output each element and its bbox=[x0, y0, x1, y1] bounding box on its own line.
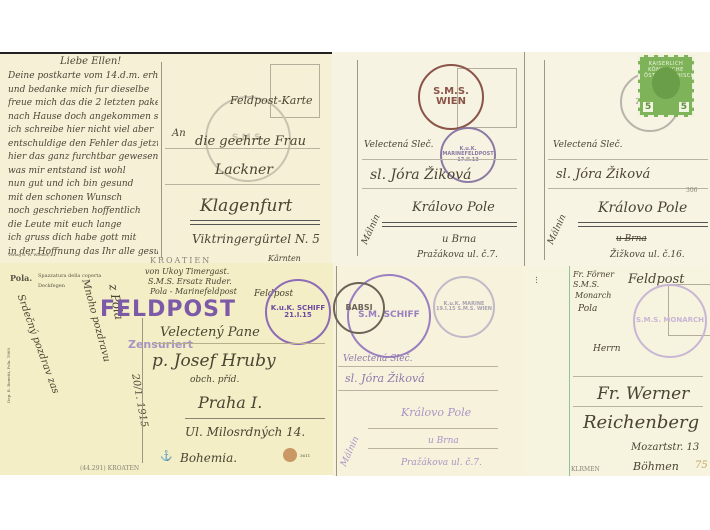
side-text: ... bbox=[534, 276, 543, 284]
postcard-1: Liebe Ellen! Deine postkarte vom 14.d.m.… bbox=[0, 52, 332, 263]
postmark-schiff: K.u.K. SCHIFF 21.I.15 bbox=[265, 279, 331, 345]
anchor-emblem-icon: ⚓ bbox=[160, 451, 172, 462]
printer-line: Verlag d. W. Wiesler, ... bbox=[8, 252, 55, 257]
postage-stamp: KAISERLICH KÖNIGLICHE ÖSTERREICHISCHE PO… bbox=[638, 55, 694, 117]
postcard-3: ZENTA KAISERLICH KÖNIGLICHE ÖSTERREICHIS… bbox=[528, 52, 710, 266]
postmark-monarch: S.M.S. MONARCH bbox=[633, 284, 707, 358]
postcard-2: S.M.S. WIEN K.u.K. MARINEFELDPOST 17.II.… bbox=[332, 52, 528, 266]
greeting: Liebe Ellen! bbox=[60, 56, 121, 67]
divider bbox=[161, 62, 162, 258]
postcard-6: ... Fr. Förner S.M.S. Monarch Pola Feldp… bbox=[523, 266, 710, 476]
postmark-babsi: BABSI bbox=[333, 282, 385, 334]
stain bbox=[283, 448, 297, 462]
feldpost-stamp: FELDPOST bbox=[100, 297, 236, 322]
postcard-5: S.M. SCHIFF BABSI K.u.K. MARINE 19.I.15 … bbox=[333, 266, 523, 476]
postmark-sms-wien: K.u.K. MARINE 19.I.15 S.M.S. WIEN bbox=[433, 276, 495, 338]
emperor-portrait-icon bbox=[652, 67, 680, 99]
message-text: Deine postkarte vom 14.d.m. erhalten und… bbox=[8, 70, 158, 259]
postcard-4: Pola. Spazzatura della coperta Deckfegen… bbox=[0, 263, 333, 475]
postmark-wien: S.M.S. WIEN bbox=[418, 64, 484, 130]
heading: Feldpost-Karte bbox=[230, 94, 313, 107]
pencil-note: KROATIEN bbox=[150, 256, 211, 263]
